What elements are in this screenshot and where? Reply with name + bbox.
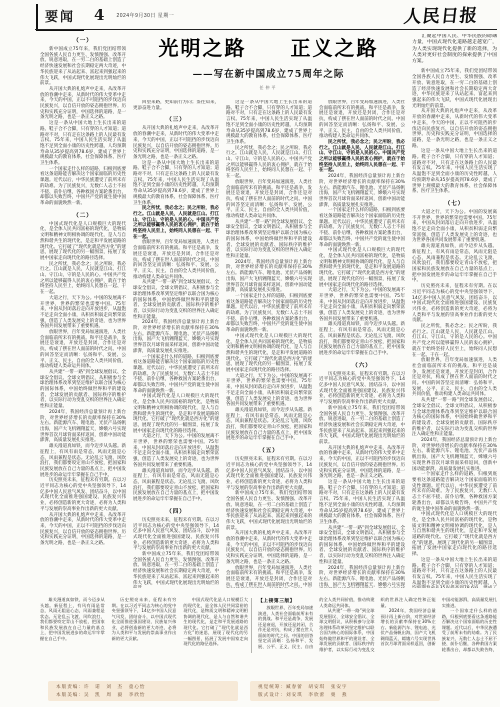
page-number: 4: [94, 6, 104, 24]
bottom-right-story: 【上接第三版】 放眼世界，百年变局加速演进，人类社会面临前所未有的挑战。和平还是…: [258, 597, 497, 655]
body-paragraph: 历史照亮未来，征程未有穷期。在以习近平同志为核心的党中央坚强领导下，14亿多中国…: [112, 597, 177, 641]
article-column-4: 放眼世界，百年变局加速演进，人类社会面临前所未有的挑战。和平还是战争，发展还是衰…: [319, 100, 405, 588]
body-paragraph: 从共建“一带一路”到全球发展倡议、全球安全倡议、全球文明倡议，从积极参与全球治理…: [133, 280, 219, 320]
body-paragraph: 放眼世界，百年变局加速演进，人类社会面临前所未有的挑战。和平还是战争，发展还是衰…: [319, 100, 405, 140]
section-name: 要闻: [45, 10, 75, 25]
body-paragraph: 放眼世界，百年变局加速演进，人类社会面临前所未有的挑战。和平还是战争，发展还是衰…: [133, 240, 219, 280]
body-paragraph: 民之所忧，我必念之；民之所盼，我必行之。江山就是人民，人民就是江山。打江山、守江…: [226, 146, 312, 180]
body-paragraph: 放眼世界，百年变局加速演进，人类社会面临前所未有的挑战。和平还是战争，发展还是衰…: [412, 358, 497, 398]
article-column-3: 这是一条从中国大地上生长出来的道路。鞋子合不合脚，只有穿的人才知道；道路对不对，…: [226, 100, 312, 588]
bottom-column-divider: [251, 598, 252, 653]
body-paragraph: 一个国家走什么样的道路，归根到底要看这条道路能否解决这个国家面临的历史性课题。近…: [319, 208, 405, 248]
body-paragraph: 2024年，我国经济总量预计再上新台阶，对世界经济增长的贡献率保持在30%左右。…: [319, 566, 405, 588]
body-paragraph: 中国式现代化是人口规模巨大的现代化，是全体人民共同富裕的现代化，是物质文明和精神…: [183, 597, 248, 647]
body-paragraph: 从开国大典的礼炮声中走来，从改革开放的春潮中走来，从新时代的伟大变革中走来，今天…: [133, 126, 219, 160]
body-paragraph: 历史照亮未来，征程未有穷期。在以习近平同志为核心的党中央坚强领导下，14亿多中国…: [40, 478, 126, 512]
body-paragraph: 中国式现代化是人口规模巨大的现代化，是全体人民共同富裕的现代化，是物质文明和精神…: [133, 394, 219, 434]
body-paragraph: 放眼世界，百年变局加速演进，人类社会面临前所未有的挑战。和平还是战争，发展还是衰…: [40, 330, 126, 370]
body-paragraph: 民之所忧，我必念之；民之所盼，我必行之。江山就是人民，人民就是江山。打江山、守江…: [40, 262, 126, 296]
body-paragraph: 这是一条从中国大地上生长出来的道路。鞋子合不合脚，只有穿的人才知道；道路对不对，…: [226, 100, 312, 146]
lead-paragraph: 汇聚起中国人民、中华民族的磅礴力量，中国式现代化道路越走越宽广，为人类实现现代化…: [412, 34, 497, 65]
body-paragraph: 2024年，我国经济总量预计再上新台阶，对世界经济增长的贡献率保持在30%左右。…: [133, 320, 219, 354]
body-paragraph: 2024年，我国经济总量预计再上新台阶，对世界经济增长的贡献率保持在30%左右。…: [40, 410, 126, 444]
body-paragraph: 大道之行，天下为公。中国的发展离不开世界，世界的繁荣也需要中国。75年来，中国从…: [412, 210, 497, 244]
article-column-2: 回望来路，更知前行方向；鉴往知来，更添奋进力量。（三）从开国大典的礼炮声中走来，…: [133, 100, 219, 588]
newspaper-page: { "kicker": { "section": "要闻", "page_num…: [0, 0, 500, 707]
section-marker: （七）: [412, 199, 497, 207]
section-marker: （六）: [319, 361, 405, 369]
body-paragraph: 一个国家走什么样的道路，归根到底要看这条道路能否解决这个国家面临的历史性课题。近…: [40, 167, 126, 207]
body-paragraph: 雄关漫道真如铁，而今迈步从头越。新征程上，有风有雨是常态，风雨无阻是心态，风雨兼…: [133, 469, 219, 503]
body-paragraph: 从共建“一带一路”到全球发展倡议、全球安全倡议、全球文明倡议，从积极参与全球治理…: [226, 220, 312, 260]
body-paragraph: 历史照亮未来，征程未有穷期。在以习近平同志为核心的党中央坚强领导下，14亿多中国…: [226, 457, 312, 491]
headline-title: 光明之路 正义之路: [133, 36, 404, 60]
body-paragraph: 2024年，我国经济总量预计再上新台阶，对世界经济增长的贡献率保持在30%左右。…: [319, 174, 405, 208]
body-paragraph: 这是一条从中国大地上生长出来的道路。鞋子合不合脚，只有穿的人才知道；道路对不对，…: [40, 121, 126, 167]
section-marker: （四）: [133, 507, 219, 515]
kicker-bracket: 要闻: [36, 4, 84, 31]
body-paragraph: 民之所忧，我必念之；民之所盼，我必行之。江山就是人民，人民就是江山。打江山、守江…: [412, 324, 497, 358]
body-paragraph: 从共建“一带一路”到全球发展倡议、全球安全倡议、全球文明倡议，从积极参与全球治理…: [40, 370, 126, 410]
body-paragraph: 从开国大典的礼炮声中走来，从改革开放的春潮中走来，从新时代的伟大变革中走来，今天…: [40, 513, 126, 547]
body-paragraph: 这是一条从中国大地上生长出来的道路。鞋子合不合脚，只有穿的人才知道；道路对不对，…: [319, 480, 405, 526]
article-headline: 光明之路 正义之路 ——写在新中国成立75周年之际 任仲平: [133, 36, 404, 91]
body-paragraph: 大道之行，天下为公。中国的发展离不开世界，世界的繁荣也需要中国。75年来，中国从…: [133, 434, 219, 468]
body-paragraph: 新中国成立75年来，我们党团结带领全国各族人民自力更生、发愤图强、改革开放、锐意…: [412, 69, 497, 109]
body-paragraph-bold: 民之所忧，我必念之；民之所盼，我必行之。江山就是人民，人民就是江山。打江山、守江…: [319, 140, 405, 174]
header-rule: [35, 29, 497, 30]
body-paragraph: 这是一条从中国大地上生长出来的道路。鞋子合不合脚，只有穿的人才知道；道路对不对，…: [133, 161, 219, 207]
body-paragraph: 一个国家走什么样的道路，归根到底要看这条道路能否解决这个国家面临的历史性课题。近…: [412, 472, 497, 512]
body-paragraph: 回望来路，更知前行方向；鉴往知来，更添奋进力量。: [133, 100, 219, 111]
section-marker: （二）: [40, 211, 126, 219]
page-kicker: 要闻 4 2024年9月30日 星期一: [36, 4, 174, 31]
headline-byline: 任仲平: [133, 85, 404, 91]
body-paragraph: 从共建“一带一路”到全球发展倡议、全球安全倡议、全球文明倡议，从积极参与全球治理…: [319, 526, 405, 566]
bottom-left-story: 雄关漫道真如铁，而今迈步从头越。新征程上，有风有雨是常态，风雨无阻是心态，风雨兼…: [40, 597, 248, 655]
body-paragraph: 大道之行，天下为公。中国的发展离不开世界，世界的繁荣也需要中国。75年来，中国从…: [226, 374, 312, 408]
credit-line: 本版责编：许 诺 刘 杰 童心怡: [56, 683, 230, 691]
body-paragraph: 历史照亮未来，征程未有穷期。在以习近平同志为核心的党中央坚强领导下，14亿多中国…: [412, 284, 497, 324]
credits-box-left: 本版责编：许 诺 刘 杰 童心怡 本版美编：吴 凯 周 毅 李欣怡: [48, 681, 238, 701]
body-paragraph: 大道之行，天下为公。中国的发展离不开世界，世界的繁荣也需要中国。75年来，中国从…: [40, 296, 126, 330]
body-paragraph: 雄关漫道真如铁，而今迈步从头越。新征程上，有风有雨是常态，风雨无阻是心态，风雨兼…: [40, 597, 105, 641]
body-paragraph: 2024年，我国经济总量预计再上新台阶，对世界经济增长的贡献率保持在30%左右。…: [226, 260, 312, 294]
body-paragraph: 放眼世界，百年变局加速演进，人类社会面临前所未有的挑战。和平还是战争，发展还是衰…: [226, 566, 312, 588]
body-paragraph: 雄关漫道真如铁，而今迈步从头越。新征程上，有风有雨是常态，风雨无阻是心态，风雨兼…: [412, 244, 497, 284]
body-paragraph: 历史照亮未来，征程未有穷期。在以习近平同志为核心的党中央坚强领导下，14亿多中国…: [319, 372, 405, 406]
headline-subtitle: ——写在新中国成立75周年之际: [133, 66, 404, 80]
body-paragraph: 这是一条从中国大地上生长出来的道路。鞋子合不合脚，只有穿的人才知道；道路对不对，…: [412, 149, 497, 195]
page-date: 2024年9月30日 星期一: [116, 12, 174, 19]
article-column-5: 汇聚起中国人民、中华民族的磅礴力量，中国式现代化道路越走越宽广，为人类实现现代化…: [412, 34, 497, 588]
credit-line: 视觉统筹：臧春蕾 胡安琪 张安宇: [258, 683, 432, 691]
body-paragraph: 2024年，我国经济总量预计再上新台阶，对世界经济增长的贡献率保持在30%左右。…: [412, 438, 497, 472]
body-paragraph: 新中国成立75年来，我们党团结带领全国各族人民自力更生、发愤图强、改革开放、锐意…: [226, 491, 312, 531]
masthead-logo: 人民日报: [382, 2, 480, 29]
body-paragraph: 中国式现代化是人口规模巨大的现代化，是全体人民共同富裕的现代化，是物质文明和精神…: [319, 248, 405, 288]
body-paragraph: 新中国成立75年来，我们党团结带领全国各族人民自力更生、发愤图强、改革开放、锐意…: [133, 552, 219, 588]
body-paragraph: 从开国大典的礼炮声中走来，从改革开放的春潮中走来，从新时代的伟大变革中走来，今天…: [412, 109, 497, 149]
body-paragraph: 雄关漫道真如铁，而今迈步从头越。新征程上，有风有雨是常态，风雨无阻是心态，风雨兼…: [319, 322, 405, 356]
body-paragraph: 历史照亮未来，征程未有穷期。在以习近平同志为核心的党中央坚强领导下，14亿多中国…: [133, 518, 219, 552]
continued-from-label: 【上接第三版】: [258, 597, 313, 604]
credit-line: 版式设计：刘安琪 李欣蕾 栗 燕: [258, 691, 432, 699]
body-paragraph: 一个国家走什么样的道路，归根到底要看这条道路能否解决这个国家面临的历史性课题。近…: [133, 355, 219, 395]
body-paragraph: 新中国成立75年来，我们党团结带领全国各族人民自力更生、发愤图强、改革开放、锐意…: [319, 406, 405, 446]
article-column-1: （一）新中国成立75年来，我们党团结带领全国各族人民自力更生、发愤图强、改革开放…: [40, 32, 126, 588]
body-paragraph: 这是一条从中国大地上生长出来的道路。鞋子合不合脚，只有穿的人才知道；道路对不对，…: [412, 558, 497, 588]
section-marker: （一）: [40, 36, 126, 44]
body-paragraph: 雄关漫道真如铁，而今迈步从头越。新征程上，有风有雨是常态，风雨无阻是心态，风雨兼…: [226, 408, 312, 442]
body-paragraph: 大道之行，天下为公。中国的发展离不开世界，世界的繁荣也需要中国。75年来，中国从…: [319, 288, 405, 322]
credit-line: 本版美编：吴 凯 周 毅 李欣怡: [56, 691, 230, 699]
body-paragraph: 从共建“一带一路”到全球发展倡议、全球安全倡议、全球文明倡议，从积极参与全球治理…: [412, 398, 497, 438]
body-paragraph: 中国式现代化是人口规模巨大的现代化，是全体人民共同富裕的现代化，是物质文明和精神…: [226, 334, 312, 374]
body-paragraph: 中国式现代化是人口规模巨大的现代化，是全体人民共同富裕的现代化，是物质文明和精神…: [412, 512, 497, 558]
body-paragraph: 放眼世界，百年变局加速演进，人类社会面临前所未有的挑战。和平还是战争，发展还是衰…: [226, 180, 312, 220]
body-paragraph: 一个国家走什么样的道路，归根到底要看这条道路能否解决这个国家面临的历史性课题。近…: [226, 294, 312, 334]
body-paragraph-bold: 民之所忧，我必念之；民之所盼，我必行之。江山就是人民，人民就是江山。打江山、守江…: [133, 206, 219, 240]
section-marker: （三）: [133, 115, 219, 123]
body-paragraph: 从开国大典的礼炮声中走来，从改革开放的春潮中走来，从新时代的伟大变革中走来，今天…: [319, 446, 405, 480]
body-paragraph: 从开国大典的礼炮声中走来，从改革开放的春潮中走来，从新时代的伟大变革中走来，今天…: [226, 531, 312, 565]
body-paragraph: 中国式现代化是人口规模巨大的现代化，是全体人民共同富裕的现代化，是物质文明和精神…: [40, 222, 126, 262]
section-marker: （五）: [226, 446, 312, 454]
body-paragraph: 新中国成立75年来，我们党团结带领全国各族人民自力更生、发愤图强、改革开放、锐意…: [40, 47, 126, 87]
body-paragraph: 从开国大典的礼炮声中走来，从改革开放的春潮中走来，从新时代的伟大变革中走来，今天…: [40, 87, 126, 121]
body-paragraph: 雄关漫道真如铁，而今迈步从头越。新征程上，有风有雨是常态，风雨无阻是心态，风雨兼…: [40, 444, 126, 478]
credits-box-right: 视觉统筹：臧春蕾 胡安琪 张安宇 版式设计：刘安琪 李欣蕾 栗 燕: [250, 681, 440, 701]
